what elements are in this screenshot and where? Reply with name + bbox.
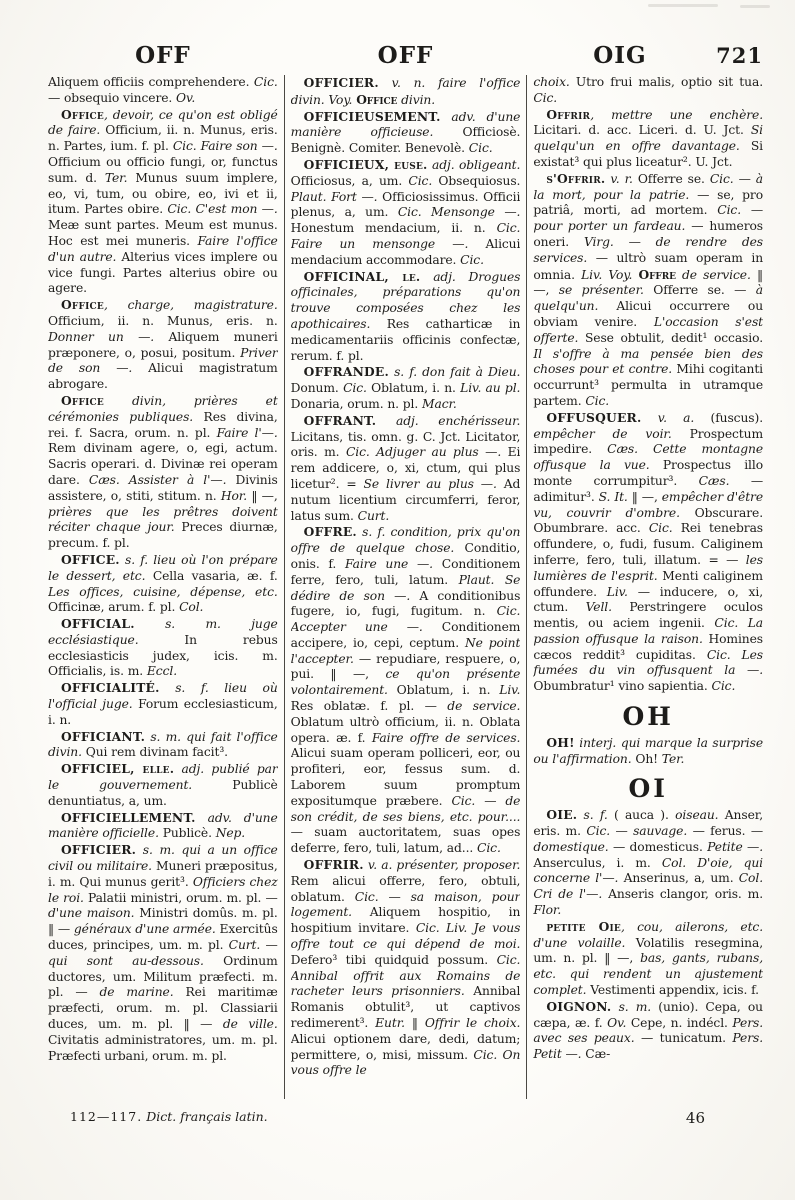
french-gloss-text: v. a. bbox=[641, 411, 710, 425]
french-gloss-text: Cic. bbox=[408, 174, 438, 188]
text-column-3: choix. Utro frui malis, optio sit tua. C… bbox=[533, 75, 763, 1099]
work-title: Dict. français latin. bbox=[146, 1109, 267, 1124]
latin-text: Defero³ tibi quidquid possum. bbox=[291, 953, 497, 967]
latin-text: Oblatum, i. n. bbox=[371, 381, 460, 395]
dictionary-entry: petite Oie, cou, ailerons, etc. d'une vo… bbox=[533, 919, 763, 999]
latin-text: Cæ- bbox=[585, 1047, 610, 1061]
dictionary-entry: OFFRE. s. f. condition, prix qu'on offre… bbox=[291, 524, 521, 857]
headword: petite Oie bbox=[546, 919, 621, 934]
latin-text: Officiosus, a, um. bbox=[291, 174, 409, 188]
headword: Office bbox=[61, 107, 104, 122]
french-gloss-text: v. a. présenter, proposer. bbox=[364, 858, 521, 872]
latin-text: Officinæ, arum. f. pl. bbox=[48, 600, 179, 614]
french-gloss-text: Cæs. bbox=[699, 474, 751, 488]
latin-text: Civitatis administratores, um. m. pl. Pr… bbox=[48, 1033, 278, 1063]
latin-text: ‖ —, bbox=[632, 490, 662, 504]
french-gloss-text: Cic. bbox=[469, 141, 493, 155]
dictionary-entry: OFFICIELLEMENT. adv. d'une manière offic… bbox=[48, 810, 278, 843]
headword: s'Offrir. bbox=[546, 171, 605, 186]
latin-text: (fuscus). bbox=[711, 411, 764, 425]
french-gloss-text: Col. bbox=[179, 600, 203, 614]
french-gloss-text: — généraux d'une armée. bbox=[58, 922, 220, 936]
latin-text: Publicè. bbox=[163, 826, 216, 840]
latin-text: Cella vasaria, æ. f. bbox=[153, 569, 278, 583]
header-guide-word-left: OFF bbox=[48, 42, 278, 69]
french-gloss-text: Cic. C'est mon —. bbox=[167, 202, 277, 216]
french-gloss-text: , charge, magistrature. bbox=[104, 298, 278, 312]
latin-text: Aliquem officiis comprehendere. bbox=[48, 75, 254, 89]
french-gloss-text: Offrir le choix. bbox=[425, 1016, 521, 1030]
dictionary-entry: OH! interj. qui marque la surprise ou l'… bbox=[533, 735, 763, 768]
latin-text: Donum. bbox=[291, 381, 343, 395]
latin-text: Honestum mendacium, ii. n. bbox=[291, 221, 497, 235]
text-column-1: Aliquem officiis comprehendere. Cic. — o… bbox=[48, 75, 278, 1099]
latin-text: Anserinus, a, um. bbox=[624, 871, 739, 885]
latin-text: Anseris clangor, oris. m. bbox=[608, 887, 763, 901]
french-gloss-text: adj. enchérisseur. bbox=[376, 414, 520, 428]
latin-text: Anserculus, i. m. bbox=[533, 856, 662, 870]
french-gloss-text: Ter. bbox=[662, 752, 685, 766]
page-number-bottom: 46 bbox=[686, 1109, 705, 1127]
french-gloss-text: Liv. bbox=[607, 585, 638, 599]
french-gloss-text: Eutr. bbox=[375, 1016, 412, 1030]
french-gloss-text: Flor. bbox=[533, 903, 561, 917]
french-gloss-text: Cic. bbox=[343, 381, 371, 395]
headword: Office bbox=[61, 393, 104, 408]
entry-continuation: Aliquem officiis comprehendere. Cic. — o… bbox=[48, 75, 278, 107]
french-gloss-text: Nep. bbox=[216, 826, 245, 840]
headword: OFFICIER. bbox=[61, 842, 136, 857]
latin-text: Sese obtulit, dedit¹ occasio. bbox=[585, 331, 763, 345]
french-gloss-text: S. It. bbox=[599, 490, 632, 504]
dictionary-entry: Offrir, mettre une enchère. Licitari. d.… bbox=[533, 107, 763, 171]
headword: OFFICIEL, elle. bbox=[61, 761, 174, 776]
latin-text: Utro frui malis, optio sit tua. bbox=[576, 75, 763, 89]
headword: OFFRIR. bbox=[304, 857, 364, 872]
french-gloss-text: Donner un —. bbox=[48, 330, 169, 344]
latin-text: ( auca ). bbox=[614, 808, 675, 822]
headword: OFFICIEUSEMENT. bbox=[304, 109, 441, 124]
latin-text: Officium, ii. n. Munus, eris. n. bbox=[48, 314, 278, 328]
scan-artifact bbox=[740, 5, 770, 8]
dictionary-entry: Office divin, prières et cérémonies publ… bbox=[48, 393, 278, 552]
latin-text: Qui rem divinam facit³. bbox=[86, 745, 228, 759]
latin-text: ‖ bbox=[412, 1016, 425, 1030]
french-gloss-text: Curt. bbox=[358, 509, 390, 523]
entry-continuation: choix. Utro frui malis, optio sit tua. C… bbox=[533, 75, 763, 107]
headword: OFFICIAL. bbox=[61, 616, 135, 631]
french-gloss-text: Petite —. bbox=[707, 840, 763, 854]
french-gloss-text: Ov. bbox=[176, 91, 195, 105]
latin-text: Donaria, orum. n. pl. bbox=[291, 397, 422, 411]
headword: OFFICINAL, le. bbox=[304, 269, 421, 284]
french-gloss-text: Liv. Voy. bbox=[581, 268, 638, 282]
french-gloss-text: Cic. bbox=[460, 253, 484, 267]
french-gloss-text: Ter. bbox=[105, 171, 135, 185]
cross-reference: Office bbox=[356, 92, 397, 107]
french-gloss-text: Plaut. Fort —. bbox=[291, 190, 382, 204]
running-header: OFF OFF OIG 721 bbox=[0, 0, 795, 69]
french-gloss-text: Hor. bbox=[221, 489, 251, 503]
dictionary-entry: OFFICIEUX, euse. adj. obligeant. Officio… bbox=[291, 157, 521, 269]
scan-artifact bbox=[648, 4, 718, 7]
dictionary-entry: OFFICIEL, elle. adj. publié par le gouve… bbox=[48, 761, 278, 809]
headword: OFFICIEUX, euse. bbox=[304, 157, 428, 172]
header-guide-word-right: OIG bbox=[593, 42, 646, 69]
french-gloss-text: Faire une —. bbox=[345, 557, 442, 571]
printer-signature: 112—117. Dict. français latin. bbox=[70, 1109, 268, 1127]
french-gloss-text: Liv. au pl. bbox=[460, 381, 520, 395]
headword: OFFICIALITÉ. bbox=[61, 680, 160, 695]
french-gloss-text: Liv. bbox=[499, 683, 520, 697]
dictionary-entry: OFFICINAL, le. adj. Drogues officinales,… bbox=[291, 269, 521, 365]
headword: OFFICIANT. bbox=[61, 729, 145, 744]
column-divider bbox=[284, 75, 285, 1099]
dictionary-entry: OFFICIER. s. m. qui a un office civil ou… bbox=[48, 842, 278, 1064]
latin-text: Obsequiosus. bbox=[438, 174, 520, 188]
french-gloss-text: Cic. bbox=[477, 841, 501, 855]
latin-text: — domesticus. bbox=[613, 840, 707, 854]
header-guide-word-center: OFF bbox=[291, 42, 521, 69]
headword: OFFUSQUER. bbox=[546, 410, 641, 425]
latin-text: Oh! bbox=[635, 752, 661, 766]
french-gloss-text: divin. bbox=[397, 93, 435, 107]
french-gloss-text: Cic. Faire son —. bbox=[173, 139, 278, 153]
dictionary-entry: OFFRIR. v. a. présenter, proposer. Rem a… bbox=[291, 857, 521, 1079]
page-body: Aliquem officiis comprehendere. Cic. — o… bbox=[0, 69, 795, 1099]
french-gloss-text: Macr. bbox=[422, 397, 457, 411]
headword: OIGNON. bbox=[546, 999, 611, 1014]
french-gloss-text: Cæs. Assister à l'—. bbox=[89, 473, 236, 487]
french-gloss-text: , mettre une enchère. bbox=[590, 108, 763, 122]
headword: OFFICIER. bbox=[304, 75, 379, 90]
text-column-2: OFFICIER. v. n. faire l'office divin. Vo… bbox=[291, 75, 521, 1099]
latin-text: Res oblatæ. f. pl. bbox=[291, 699, 425, 713]
dictionary-entry: OFFRANDE. s. f. don fait à Dieu. Donum. … bbox=[291, 364, 521, 412]
french-gloss-text: s. m. bbox=[611, 1000, 658, 1014]
latin-text: Vestimenti appendix, icis. f. bbox=[590, 983, 759, 997]
latin-text: Oblatum, i. n. bbox=[397, 683, 500, 697]
header-right-group: OIG 721 bbox=[533, 42, 763, 69]
french-gloss-text: Cic. bbox=[533, 91, 557, 105]
latin-text: Obumbratur¹ vino sapientia. bbox=[533, 679, 711, 693]
french-gloss-text: Vell. bbox=[586, 600, 630, 614]
french-gloss-text: Se livrer au plus —. bbox=[364, 477, 504, 491]
french-gloss-text: de service. bbox=[676, 268, 757, 282]
page-number-top: 721 bbox=[716, 43, 763, 68]
french-gloss-text: Cic. bbox=[254, 75, 278, 89]
headword: Offrir bbox=[546, 107, 590, 122]
dictionary-entry: OIGNON. s. m. (unio). Cepa, ou cæpa, æ. … bbox=[533, 999, 763, 1063]
french-gloss-text: — de marine. bbox=[75, 985, 185, 999]
latin-text: Offerre se. bbox=[653, 283, 734, 297]
latin-text: — obsequio vincere. bbox=[48, 91, 176, 105]
dictionary-entry: OFFICIER. v. n. faire l'office divin. Vo… bbox=[291, 75, 521, 109]
headword: OFFRE. bbox=[304, 524, 357, 539]
dictionary-entry: OFFICE. s. f. lieu où l'on prépare le de… bbox=[48, 552, 278, 616]
french-gloss-text: choix. bbox=[533, 75, 576, 89]
french-gloss-text: Eccl. bbox=[147, 664, 177, 678]
french-gloss-text: empêcher de voir. bbox=[533, 427, 689, 441]
headword: OFFICE. bbox=[61, 552, 120, 567]
french-gloss-text: Cic. bbox=[649, 521, 681, 535]
latin-text: Palatii ministri, orum. m. pl. bbox=[88, 891, 266, 905]
latin-text: — tunicatum. bbox=[641, 1031, 732, 1045]
latin-text: Cepe, n. indécl. bbox=[631, 1016, 733, 1030]
page-footer: 112—117. Dict. français latin. 46 bbox=[0, 1099, 795, 1127]
dictionary-entry: OFFICIEUSEMENT. adv. d'une manière offic… bbox=[291, 109, 521, 157]
french-gloss-text: Cic. bbox=[585, 394, 609, 408]
signature-number: 112—117. bbox=[70, 1109, 142, 1124]
french-gloss-text: s. f. bbox=[577, 808, 614, 822]
dictionary-entry: Office, devoir, ce qu'on est obligé de f… bbox=[48, 107, 278, 298]
section-heading: OI bbox=[533, 781, 763, 797]
french-gloss-text: Faire offre de services. bbox=[372, 731, 521, 745]
dictionary-page: OFF OFF OIG 721 Aliquem officiis compreh… bbox=[0, 0, 795, 1200]
french-gloss-text: oiseau. bbox=[675, 808, 725, 822]
french-gloss-text: Cic. — sauvage. bbox=[586, 824, 692, 838]
french-gloss-text: — de service. bbox=[425, 699, 521, 713]
french-gloss-text: Cic. bbox=[712, 679, 736, 693]
headword: OFFRANDE. bbox=[304, 364, 389, 379]
dictionary-entry: OIE. s. f. ( auca ). oiseau. Anser, eris… bbox=[533, 807, 763, 919]
french-gloss-text: Les offices, cuisine, dépense, etc. bbox=[48, 585, 278, 599]
dictionary-entry: Office, charge, magistrature. Officium, … bbox=[48, 297, 278, 393]
dictionary-entry: OFFUSQUER. v. a. (fuscus). empêcher de v… bbox=[533, 410, 763, 695]
cross-reference: Offre bbox=[639, 267, 676, 282]
french-gloss-text: v. r. bbox=[605, 172, 637, 186]
headword: OH! bbox=[546, 735, 574, 750]
latin-text: ‖ —, bbox=[251, 489, 277, 503]
french-gloss-text: — de ville. bbox=[200, 1017, 278, 1031]
french-gloss-text: Cic. Adjuger au plus —. bbox=[346, 445, 508, 459]
dictionary-entry: s'Offrir. v. r. Offerre se. Cic. — à la … bbox=[533, 171, 763, 410]
dictionary-entry: OFFICIALITÉ. s. f. lieu où l'official ju… bbox=[48, 680, 278, 728]
latin-text: — ferus. bbox=[693, 824, 751, 838]
french-gloss-text: Cic. Mensonge —. bbox=[398, 205, 521, 219]
column-divider bbox=[526, 75, 527, 1099]
latin-text: Offerre se. bbox=[638, 172, 710, 186]
headword: Office bbox=[61, 297, 104, 312]
french-gloss-text: Faire l'—. bbox=[217, 426, 278, 440]
dictionary-entry: OFFRANT. adj. enchérisseur. Licitans, ti… bbox=[291, 413, 521, 525]
french-gloss-text: Ov. bbox=[607, 1016, 631, 1030]
french-gloss-text: adj. obligeant. bbox=[428, 158, 521, 172]
dictionary-entry: OFFICIANT. s. m. qui fait l'office divin… bbox=[48, 729, 278, 762]
dictionary-entry: OFFICIAL. s. m. juge ecclésiastique. In … bbox=[48, 616, 278, 680]
headword: OIE. bbox=[546, 807, 577, 822]
french-gloss-text: s. f. don fait à Dieu. bbox=[389, 365, 520, 379]
headword: OFFRANT. bbox=[304, 413, 377, 428]
latin-text: Licitari. d. acc. Liceri. d. U. Jct. bbox=[533, 123, 751, 137]
section-heading: OH bbox=[533, 709, 763, 725]
french-gloss-text: se présenter. bbox=[559, 283, 653, 297]
headword: OFFICIELLEMENT. bbox=[61, 810, 196, 825]
